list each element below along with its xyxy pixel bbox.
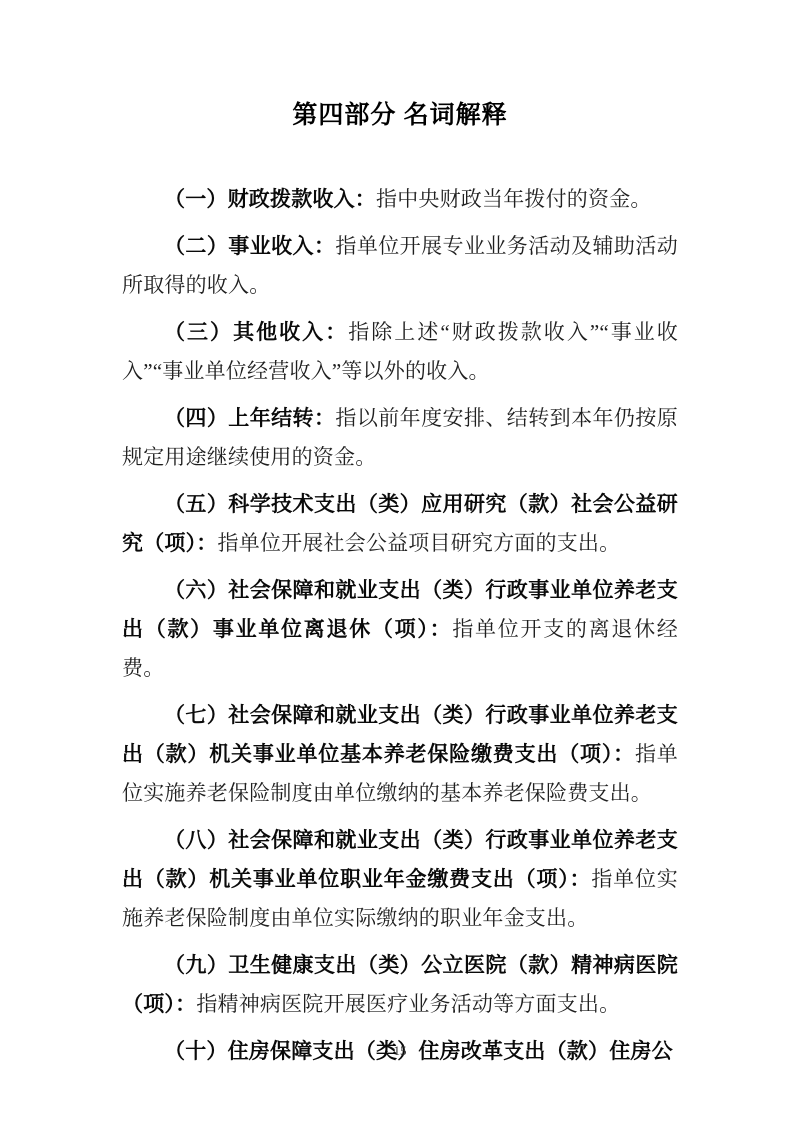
glossary-term: （二）事业收入：: [164, 234, 335, 258]
glossary-entry: （五）科学技术支出（类）应用研究（款）社会公益研究（项）：指单位开展社会公益项目…: [122, 485, 678, 563]
glossary-term: （七）社会保障和就业支出（类）行政事业单位养老支出（款）机关事业单位基本养老保险…: [122, 703, 678, 766]
glossary-definition: 指中央财政当年拨付的资金。: [376, 187, 652, 211]
glossary-term: （三）其他收入：: [164, 320, 348, 344]
glossary-entry: （四）上年结转：指以前年度安排、结转到本年仍按原规定用途继续使用的资金。: [122, 399, 678, 477]
glossary-term: （四）上年结转：: [164, 406, 335, 430]
glossary-entry: （七）社会保障和就业支出（类）行政事业单位养老支出（款）机关事业单位基本养老保险…: [122, 696, 678, 813]
glossary-term: （一）财政拨款收入：: [164, 187, 376, 211]
glossary-entry: （九）卫生健康支出（类）公立医院（款）精神病医院（项）：指精神病医院开展医疗业务…: [122, 946, 678, 1024]
glossary-entry: （八）社会保障和就业支出（类）行政事业单位养老支出（款）机关事业单位职业年金缴费…: [122, 821, 678, 938]
glossary-definition: 指单位开展社会公益项目研究方面的支出。: [218, 531, 621, 555]
document-page: 第四部分 名词解释 （一）财政拨款收入：指中央财政当年拨付的资金。 （二）事业收…: [0, 0, 800, 1131]
glossary-content: 第四部分 名词解释 （一）财政拨款收入：指中央财政当年拨付的资金。 （二）事业收…: [122, 100, 678, 1079]
glossary-entry: （二）事业收入：指单位开展专业业务活动及辅助活动所取得的收入。: [122, 227, 678, 305]
glossary-definition: 指精神病医院开展医疗业务活动等方面支出。: [196, 992, 620, 1016]
glossary-entry: （三）其他收入：指除上述“财政拨款收入”“事业收入”“事业单位经营收入”等以外的…: [122, 313, 678, 391]
glossary-entry: （六）社会保障和就业支出（类）行政事业单位养老支出（款）事业单位离退休（项）：指…: [122, 571, 678, 688]
page-title: 第四部分 名词解释: [122, 100, 678, 132]
page-number: 15: [0, 1043, 800, 1059]
glossary-entry: （一）财政拨款收入：指中央财政当年拨付的资金。: [122, 180, 678, 219]
